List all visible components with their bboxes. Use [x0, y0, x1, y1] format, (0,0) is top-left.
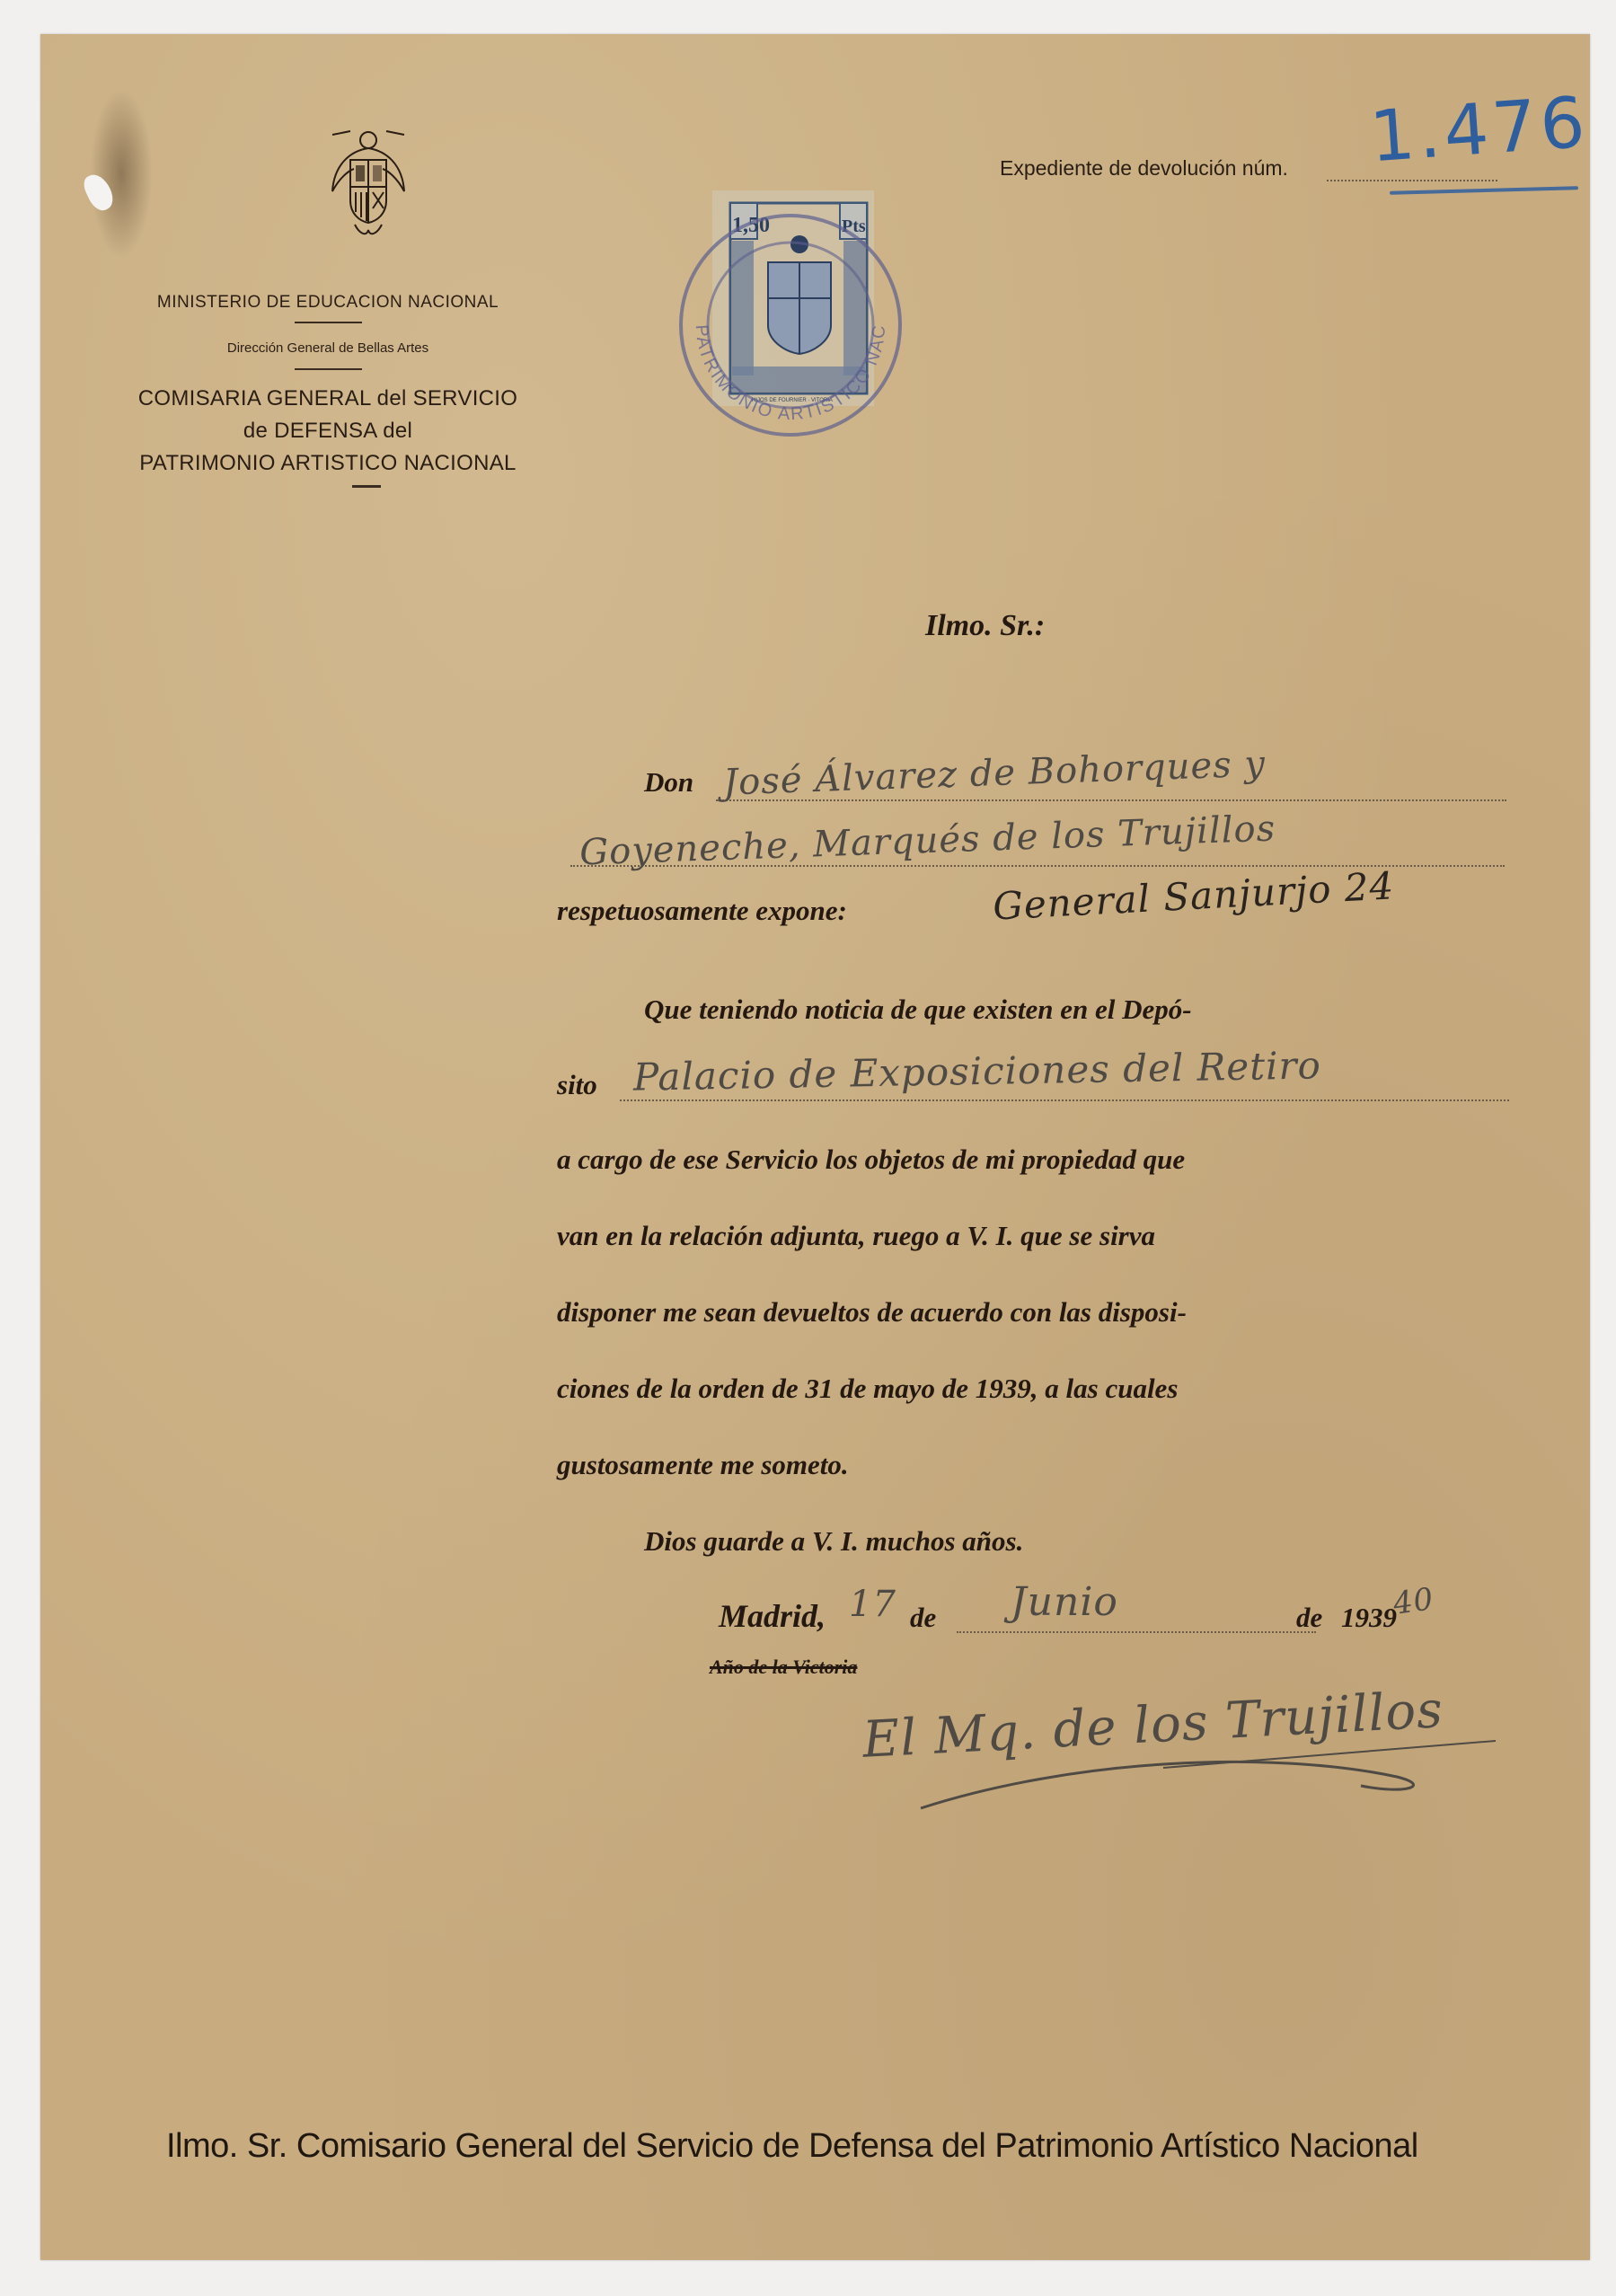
applicant-address: General Sanjurjo 24: [992, 863, 1395, 928]
comisaria-line: de DEFENSA del: [76, 415, 579, 447]
dotted-line: [620, 1099, 1509, 1101]
sito-label: sito: [557, 1069, 597, 1101]
body-line: disponer me sean devueltos de acuerdo co…: [557, 1296, 1187, 1329]
dotted-line: [1327, 180, 1497, 181]
signature-flourish: [894, 1723, 1505, 1822]
expediente-number: 1.476: [1367, 83, 1591, 179]
expone-label: respetuosamente expone:: [557, 895, 847, 927]
date-de: de: [910, 1602, 936, 1634]
dotted-line: [957, 1631, 1316, 1633]
rust-stain: [90, 88, 153, 259]
comisaria-line: PATRIMONIO ARTISTICO NACIONAL: [76, 447, 579, 480]
comisaria-block: COMISARIA GENERAL del SERVICIO de DEFENS…: [76, 383, 579, 480]
stamp-currency: Pts: [842, 216, 866, 236]
fiscal-stamp: 1,50 Pts HIJOS DE FOURNIER · VITORIA PAT…: [669, 190, 921, 437]
divider: [352, 485, 381, 488]
applicant-name-line2: Goyeneche, Marqués de los Trujillos: [578, 808, 1276, 873]
expediente-label: Expediente de devolución núm.: [1000, 156, 1288, 181]
number-underline: [1390, 186, 1578, 194]
date-month: Junio: [1011, 1579, 1118, 1625]
date-de: de: [1296, 1602, 1322, 1634]
date-day: 17: [849, 1584, 896, 1625]
body-line: gustosamente me someto.: [557, 1449, 849, 1481]
direccion-general: Dirección General de Bellas Artes: [103, 340, 552, 356]
struck-year-motto: Año de la Victoria: [710, 1656, 857, 1679]
document-page: MINISTERIO DE EDUCACION NACIONAL Direcci…: [40, 34, 1590, 2260]
coat-of-arms-icon: [323, 124, 413, 241]
divider: [295, 368, 362, 370]
don-label: Don: [644, 766, 693, 799]
addressee-footer: Ilmo. Sr. Comisario General del Servicio…: [166, 2127, 1418, 2166]
date-year-correction: 40: [1391, 1581, 1435, 1622]
body-line: Que teniendo noticia de que existen en e…: [644, 993, 1192, 1026]
date-year: 1939: [1341, 1602, 1397, 1634]
dotted-line: [716, 799, 1506, 801]
salutation: Ilmo. Sr.:: [925, 609, 1045, 643]
closing-formula: Dios guarde a V. I. muchos años.: [644, 1525, 1023, 1558]
divider: [295, 322, 362, 323]
body-line: ciones de la orden de 31 de mayo de 1939…: [557, 1373, 1178, 1405]
deposit-name: Palacio de Exposiciones del Retiro: [633, 1043, 1322, 1099]
body-line: a cargo de ese Servicio los objetos de m…: [557, 1144, 1185, 1176]
comisaria-line: COMISARIA GENERAL del SERVICIO: [76, 383, 579, 415]
applicant-name-line1: José Álvarez de Bohorques y: [722, 743, 1266, 803]
ministry-name: MINISTERIO DE EDUCACION NACIONAL: [103, 293, 552, 313]
body-line: van en la relación adjunta, ruego a V. I…: [557, 1220, 1155, 1252]
date-city: Madrid,: [719, 1597, 826, 1635]
